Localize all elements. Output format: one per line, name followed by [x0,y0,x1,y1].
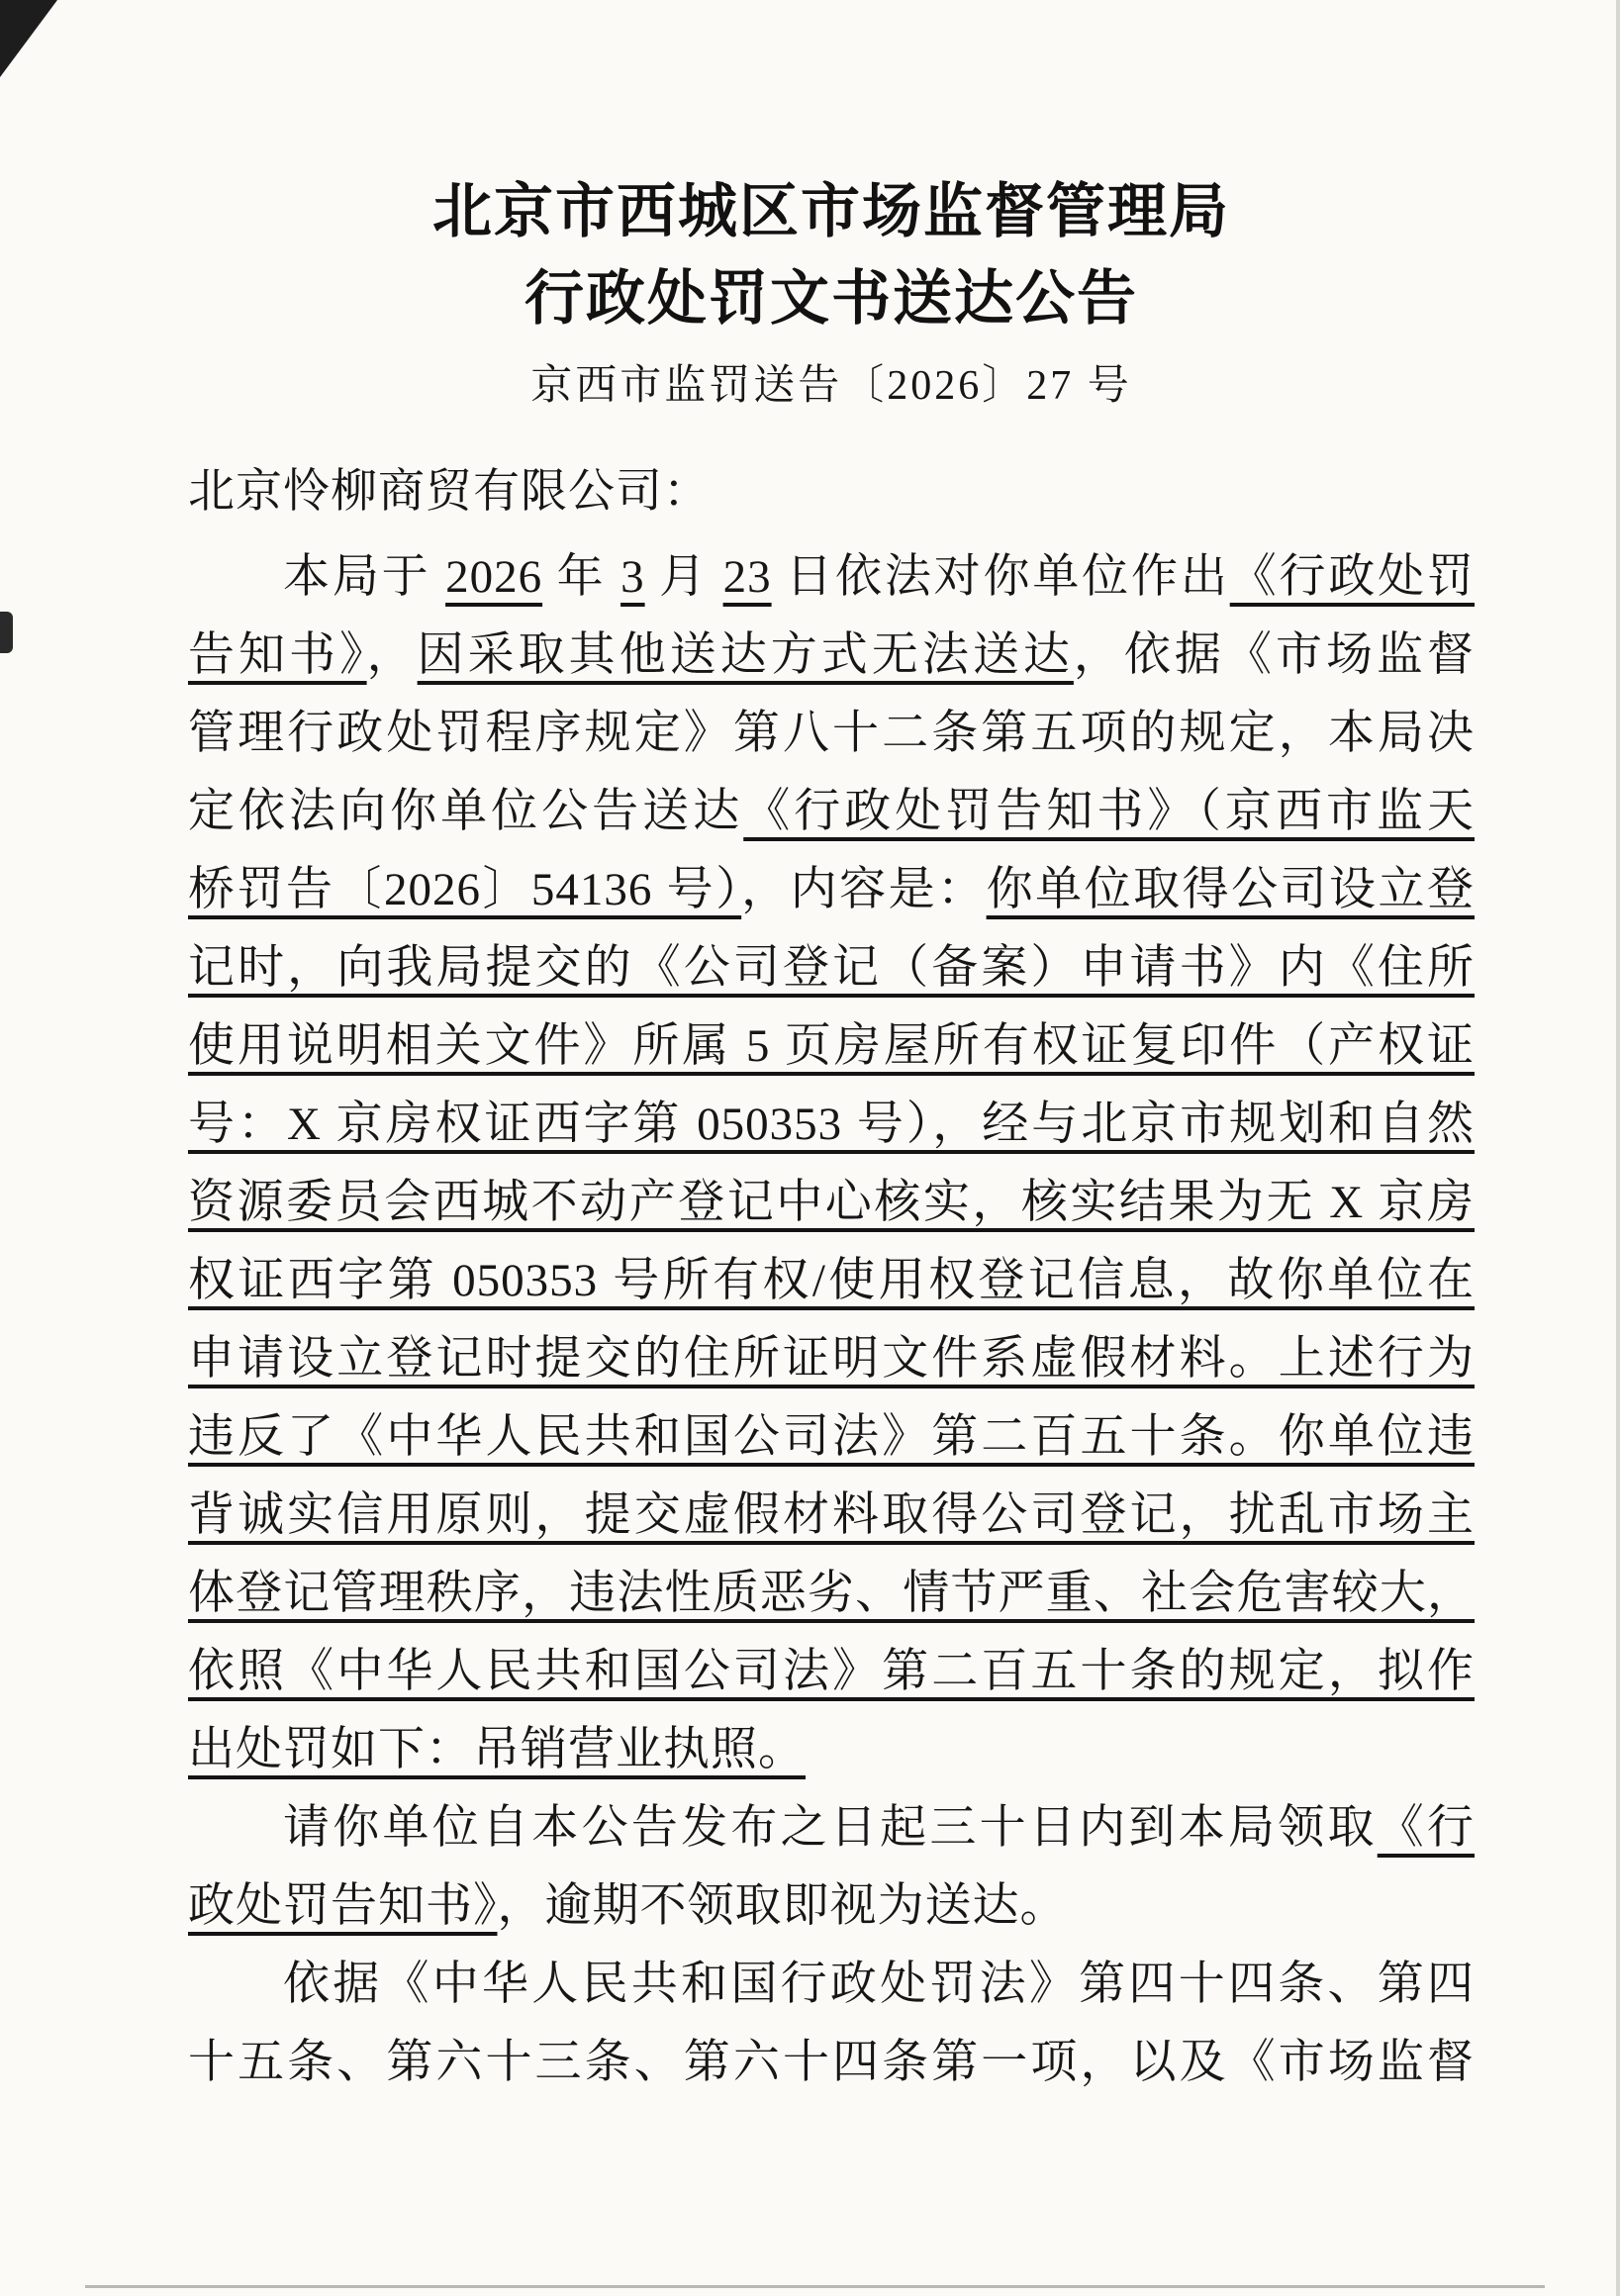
text: 十五条、第六十三条、第六十四条第一项，以及《市场监督 [188,2037,1475,2088]
document-line: 号：X 京房权证西字第 050353 号），经与北京市规划和自然 [188,1086,1475,1164]
underlined-text: 出处罚如下：吊销营业执照。 [188,1724,806,1775]
scan-artifact-left-edge [0,612,13,653]
text: ，依据《市场监督 [1074,629,1475,681]
document-line: 管理行政处罚程序规定》第八十二条第五项的规定，本局决 [188,695,1475,773]
document-line: 出处罚如下：吊销营业执照。 [188,1711,1475,1789]
document-line: 依照《中华人民共和国公司法》第二百五十条的规定，拟作 [188,1633,1475,1711]
document-line: 记时，向我局提交的《公司登记（备案）申请书》内《住所 [188,929,1475,1007]
text: 请你单位自本公告发布之日起三十日内到本局领取 [283,1802,1378,1854]
text: 管理行政处罚程序规定》第八十二条第五项的规定，本局决 [188,708,1475,759]
document-title-line2: 行政处罚文书送达公告 [188,255,1475,342]
underlined-text: 违反了《中华人民共和国公司法》第二百五十条。你单位违 [188,1411,1475,1463]
document-number: 京西市监罚送告〔2026〕27 号 [188,356,1475,416]
text: 定依法向你单位公告送达 [188,786,743,837]
underlined-text: 号：X 京房权证西字第 050353 号），经与北京市规划和自然 [188,1099,1475,1150]
scan-artifact-bottom-line [85,2285,1545,2288]
underlined-text: 背诚实信用原则，提交虚假材料取得公司登记，扰乱市场主 [188,1489,1475,1541]
text: 日依法对你单位作出 [772,551,1230,603]
document-title-line1: 北京市西城区市场监督管理局 [188,168,1475,255]
underlined-text: 《行政处罚 [1230,551,1475,603]
text: 月 [645,551,723,603]
document-line: 依据《中华人民共和国行政处罚法》第四十四条、第四 [188,1946,1475,2024]
document-line: 背诚实信用原则，提交虚假材料取得公司登记，扰乱市场主 [188,1477,1475,1555]
document-line: 本局于 2026 年 3 月 23 日依法对你单位作出《行政处罚 [188,538,1475,617]
document-content: 北京市西城区市场监督管理局 行政处罚文书送达公告 京西市监罚送告〔2026〕27… [188,168,1475,2102]
underlined-text: 使用说明相关文件》所属 5 页房屋所有权证复印件（产权证 [188,1020,1475,1072]
scan-artifact-right-shadow [1616,0,1620,2296]
scanned-document-page: 北京市西城区市场监督管理局 行政处罚文书送达公告 京西市监罚送告〔2026〕27… [0,0,1620,2296]
document-line: 体登记管理秩序，违法性质恶劣、情节严重、社会危害较大， [188,1555,1475,1633]
underlined-text: 依照《中华人民共和国公司法》第二百五十条的规定，拟作 [188,1646,1475,1697]
underlined-text: 资源委员会西城不动产登记中心核实，核实结果为无 X 京房 [188,1177,1475,1228]
scan-artifact-corner [0,0,57,77]
text: 依据《中华人民共和国行政处罚法》第四十四条、第四 [283,1959,1475,2010]
underlined-text: 政处罚告知书》 [188,1880,498,1932]
document-line: 请你单位自本公告发布之日起三十日内到本局领取《行 [188,1789,1475,1867]
document-line: 违反了《中华人民共和国公司法》第二百五十条。你单位违 [188,1398,1475,1477]
document-line: 使用说明相关文件》所属 5 页房屋所有权证复印件（产权证 [188,1007,1475,1086]
underlined-text: 权证西字第 050353 号所有权/使用权登记信息，故你单位在 [188,1255,1475,1306]
document-line: 十五条、第六十三条、第六十四条第一项，以及《市场监督 [188,2024,1475,2102]
underlined-text: 《行 [1378,1802,1475,1854]
text: ，逾期不领取即视为送达。 [498,1880,1068,1932]
text: ，内容是： [741,864,986,915]
underlined-text: 桥罚告〔2026〕54136 号） [188,864,741,915]
document-body: 本局于 2026 年 3 月 23 日依法对你单位作出《行政处罚告知书》，因采取… [188,538,1475,2102]
document-line: 桥罚告〔2026〕54136 号），内容是：你单位取得公司设立登 [188,851,1475,929]
document-line: 告知书》，因采取其他送达方式无法送达，依据《市场监督 [188,617,1475,695]
underlined-text: 体登记管理秩序，违法性质恶劣、情节严重、社会危害较大， [188,1568,1475,1619]
underlined-text: 2026 [445,551,542,603]
document-line: 资源委员会西城不动产登记中心核实，核实结果为无 X 京房 [188,1164,1475,1242]
text: ， [367,629,418,681]
underlined-text: 23 [723,551,772,603]
underlined-text: 记时，向我局提交的《公司登记（备案）申请书》内《住所 [188,942,1475,994]
underlined-text: 申请设立登记时提交的住所证明文件系虚假材料。上述行为 [188,1333,1475,1385]
document-line: 政处罚告知书》，逾期不领取即视为送达。 [188,1867,1475,1946]
document-line: 权证西字第 050353 号所有权/使用权登记信息，故你单位在 [188,1242,1475,1320]
document-line: 定依法向你单位公告送达《行政处罚告知书》（京西市监天 [188,773,1475,851]
text: 本局于 [283,551,445,603]
underlined-text: 因采取其他送达方式无法送达 [418,629,1074,681]
underlined-text: 你单位取得公司设立登 [987,864,1475,915]
document-line: 申请设立登记时提交的住所证明文件系虚假材料。上述行为 [188,1320,1475,1398]
addressee: 北京怜柳商贸有限公司： [188,457,1475,526]
underlined-text: 告知书》 [188,629,367,681]
text: 年 [542,551,620,603]
underlined-text: 3 [620,551,645,603]
underlined-text: 《行政处罚告知书》（京西市监天 [743,786,1475,837]
